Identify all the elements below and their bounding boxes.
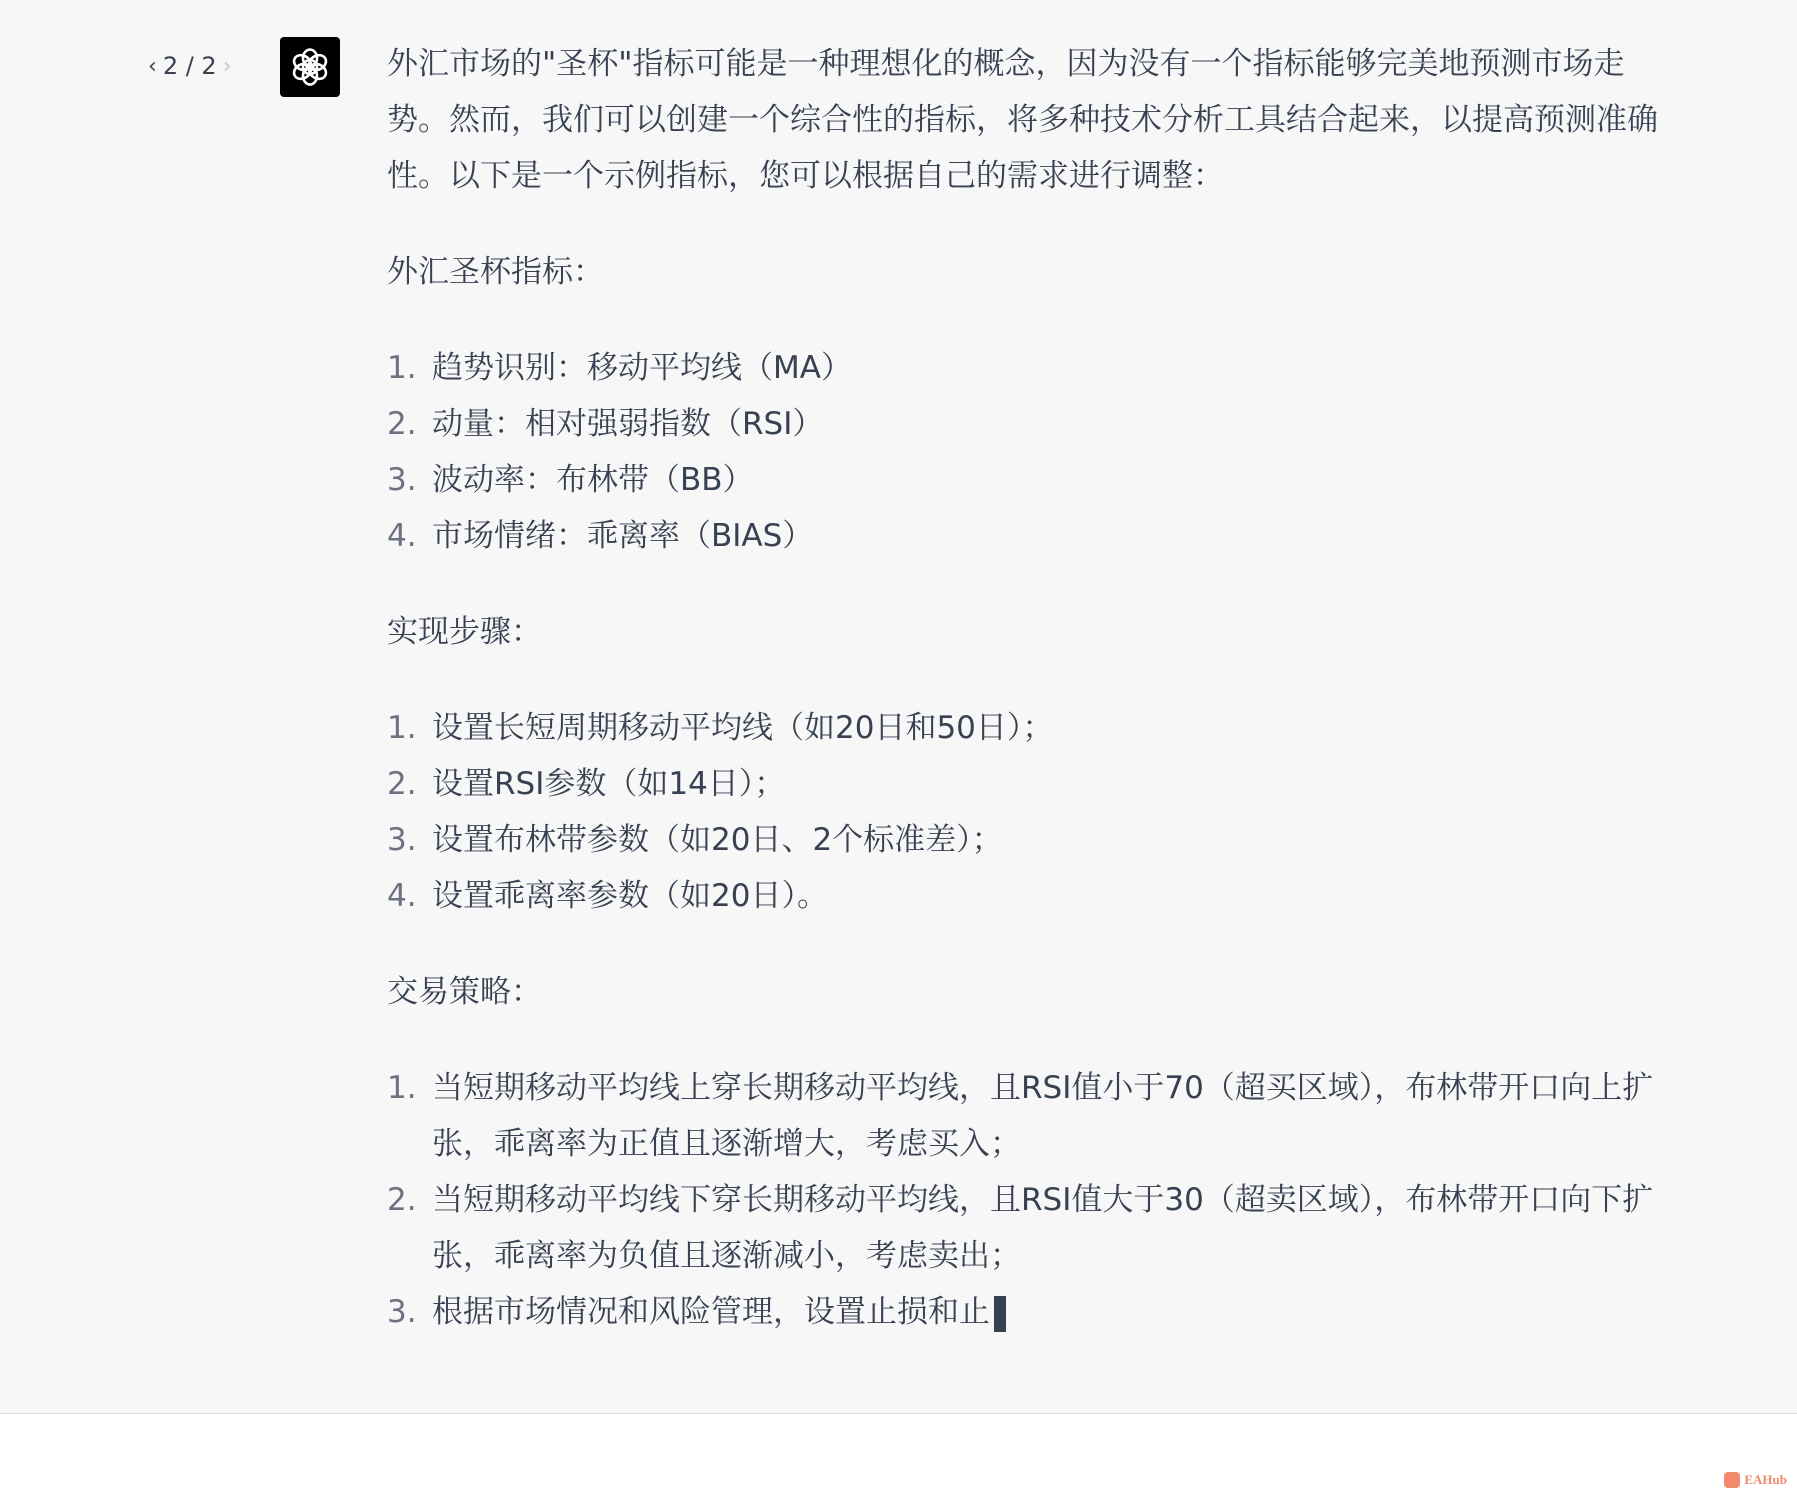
section-title: 外汇圣杯指标： xyxy=(387,244,1677,300)
openai-logo-icon xyxy=(280,37,340,97)
list-item: 3.根据市场情况和风险管理，设置止损和止 xyxy=(387,1284,1677,1340)
list-item: 3.设置布林带参数（如20日、2个标准差）； xyxy=(387,812,1677,868)
section-title: 实现步骤： xyxy=(387,604,1677,660)
list-item: 1.当短期移动平均线上穿长期移动平均线，且RSI值小于70（超买区域），布林带开… xyxy=(387,1060,1677,1172)
steps-list: 1.设置长短周期移动平均线（如20日和50日）； 2.设置RSI参数（如14日）… xyxy=(387,700,1677,924)
next-response-button[interactable]: › xyxy=(223,54,232,79)
intro-paragraph: 外汇市场的"圣杯"指标可能是一种理想化的概念，因为没有一个指标能够完美地预测市场… xyxy=(387,36,1677,204)
strategy-list: 1.当短期移动平均线上穿长期移动平均线，且RSI值小于70（超买区域），布林带开… xyxy=(387,1060,1677,1340)
list-item: 1.设置长短周期移动平均线（如20日和50日）； xyxy=(387,700,1677,756)
list-item: 1.趋势识别：移动平均线（MA） xyxy=(387,340,1677,396)
section-title: 交易策略： xyxy=(387,964,1677,1020)
response-pager: ‹ 2 / 2 › xyxy=(148,52,232,80)
list-item: 2.设置RSI参数（如14日）； xyxy=(387,756,1677,812)
message-content: 外汇市场的"圣杯"指标可能是一种理想化的概念，因为没有一个指标能够完美地预测市场… xyxy=(387,36,1677,1380)
indicator-list: 1.趋势识别：移动平均线（MA） 2.动量：相对强弱指数（RSI） 3.波动率：… xyxy=(387,340,1677,564)
typing-cursor xyxy=(994,1296,1006,1332)
list-item: 4.市场情绪：乖离率（BIAS） xyxy=(387,508,1677,564)
list-item: 3.波动率：布林带（BB） xyxy=(387,452,1677,508)
list-item: 2.当短期移动平均线下穿长期移动平均线，且RSI值大于30（超卖区域），布林带开… xyxy=(387,1172,1677,1284)
watermark: EAHub xyxy=(1724,1472,1787,1488)
list-item: 4.设置乖离率参数（如20日）。 xyxy=(387,868,1677,924)
prev-response-button[interactable]: ‹ xyxy=(148,54,157,79)
assistant-message: ‹ 2 / 2 › 外汇市场的"圣杯"指标可能是一种理想化的概念，因为没有一个指… xyxy=(0,0,1797,1414)
list-item: 2.动量：相对强弱指数（RSI） xyxy=(387,396,1677,452)
eahub-logo-icon xyxy=(1724,1472,1740,1488)
response-counter: 2 / 2 xyxy=(163,52,217,80)
